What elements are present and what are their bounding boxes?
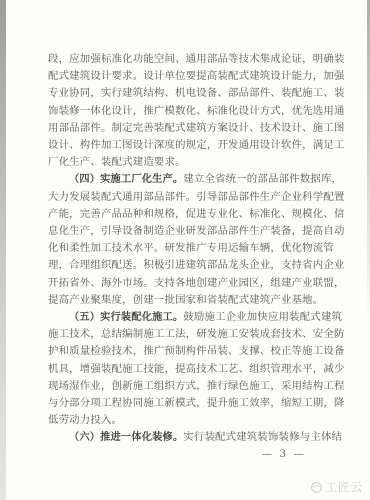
scanned-document-page: 段，应加强标准化功能空间、通用部品等技术集成论证，明确装配式建筑设计要求。设计单… bbox=[0, 0, 370, 500]
section-heading: （五）实行装配化施工。 bbox=[69, 312, 183, 323]
document-line: 机具，增强装配施工技能，提高技术工艺、组织管理水平，减少 bbox=[48, 361, 328, 378]
document-line: 专业协同，实行建筑结构、机电设备、部品部件、装配施工、装 bbox=[48, 85, 328, 102]
document-line: 现场湿作业，创新施工组织方式，推行绿色施工，采用结构工程 bbox=[48, 378, 328, 395]
document-line: （五）实行装配化施工。鼓励施工企业加快应用装配式建筑 bbox=[48, 309, 328, 326]
craftsman-cloud-logo-icon bbox=[310, 481, 323, 494]
document-line: 开拓省外、海外市场。支持各地创建产业园区，组建产业联盟， bbox=[48, 275, 328, 292]
document-line: 配式建筑设计要求。设计单位要提高装配式建筑设计能力，加强 bbox=[48, 68, 328, 85]
document-line: 大力发展装配式通用部品部件。引导部品部件生产企业科学配置 bbox=[48, 189, 328, 206]
document-line: 施工技术，总结编制施工工法，研发施工安装成套技术、安全防 bbox=[48, 326, 328, 343]
page-left-shadow bbox=[0, 0, 6, 500]
document-line: 低劳动力投入。 bbox=[48, 412, 328, 429]
watermark-label: 工匠云 bbox=[326, 479, 364, 495]
document-line: 息化生产，引导设备制造企业研发部品部件生产装备，提高自动 bbox=[48, 223, 328, 240]
document-line: 产能，完善产品品种和规格，促进专业化、标准化、规模化、信 bbox=[48, 206, 328, 223]
document-line: 设计、构件加工图设计深度的规定，开发通用设计软件，满足工 bbox=[48, 137, 328, 154]
page-number: — 3 — bbox=[262, 448, 306, 460]
section-heading: （六）推进一体化装修。 bbox=[69, 432, 183, 443]
document-line: （六）推进一体化装修。实行装配式建筑装饰装修与主体结 bbox=[48, 429, 328, 446]
document-line: 化和柔性加工技术水平。研发推广专用运输车辆，优化物流管 bbox=[48, 240, 328, 257]
document-line: 饰装修一体化设计，推广模数化、标准化设计方式，优先选用通 bbox=[48, 103, 328, 120]
document-line: 厂化生产、装配式建造要求。 bbox=[48, 154, 328, 171]
watermark: 工匠云 bbox=[310, 479, 364, 495]
document-line: 与分部分项工程协同施工新模式，提升施工效率，缩短工期，降 bbox=[48, 395, 328, 412]
document-line: （四）实施工厂化生产。建立全省统一的部品部件数据库， bbox=[48, 171, 328, 188]
document-line: 理，合理组织配送。积极引进建筑部品龙头企业，支持省内企业 bbox=[48, 257, 328, 274]
document-line: 提高产业聚集度，创建一批国家和省装配式建筑产业基地。 bbox=[48, 292, 328, 309]
document-line: 段，应加强标准化功能空间、通用部品等技术集成论证，明确装 bbox=[48, 51, 328, 68]
document-body: 段，应加强标准化功能空间、通用部品等技术集成论证，明确装配式建筑设计要求。设计单… bbox=[48, 51, 328, 447]
document-line: 用部品部件。制定完善装配式建筑方案设计、技术设计、施工图 bbox=[48, 120, 328, 137]
section-heading: （四）实施工厂化生产。 bbox=[69, 174, 183, 185]
document-line: 护和质量检验技术，推广预制构件吊装、支撑、校正等施工设备 bbox=[48, 343, 328, 360]
